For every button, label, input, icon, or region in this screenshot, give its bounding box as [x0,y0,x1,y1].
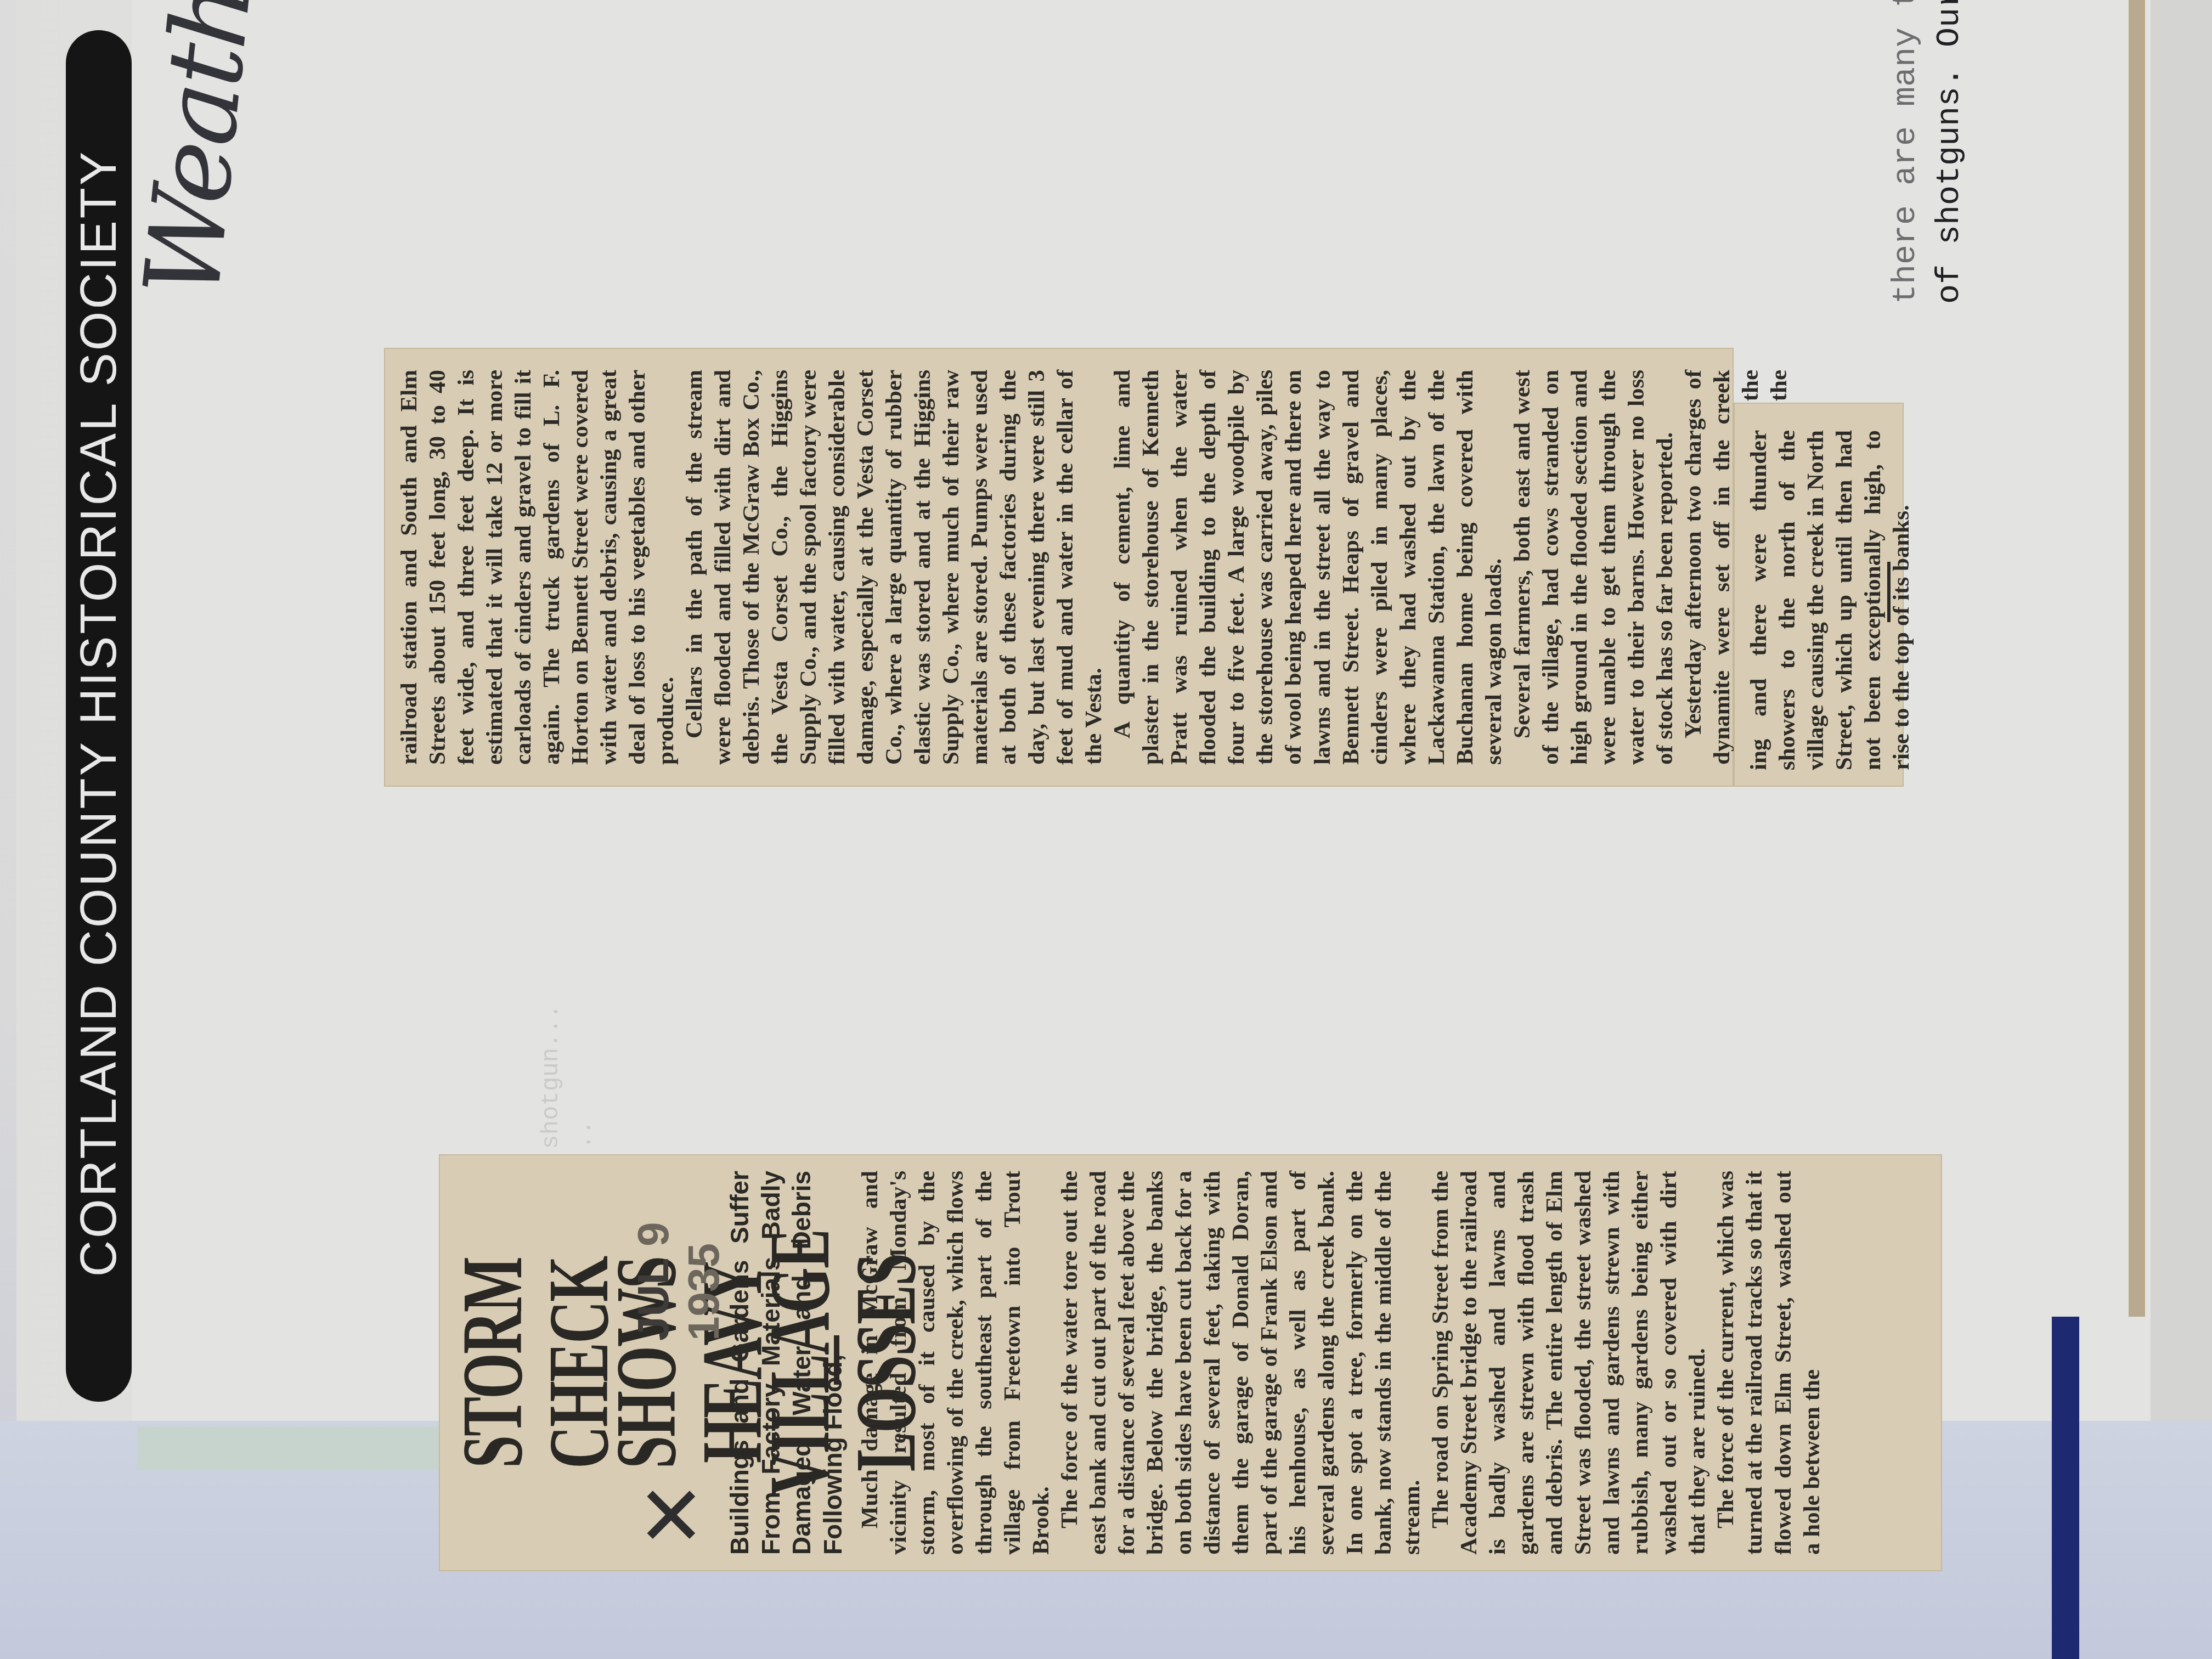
paragraph: Cellars in the path of the stream were f… [680,370,1108,765]
paragraph: The force of the water tore out the east… [1056,1171,1426,1555]
subheadline: Buildings and Gardens Suffer From Factor… [724,1171,848,1555]
clipping-column-a: STORM CHECK SHOWS HEAVY VILLAGE LOSSES ✕… [439,1154,1942,1571]
paragraph: railroad station and South and Elm Stree… [395,370,680,765]
paragraph: The road on Spring Street from the Acade… [1426,1171,1712,1555]
article-column-a: Much damage in McGraw and vicinity resul… [856,1171,1826,1555]
x-mark-icon: ✕ [625,1480,721,1549]
paragraph: Several farmers, both east and west of t… [1508,370,1679,765]
divider-rule [834,1335,839,1385]
paragraph: The force of the current, which was turn… [1712,1171,1826,1555]
handwritten-label: Weather [121,0,286,303]
typed-line: of shotguns. Our department has two stan… [1931,0,1968,304]
rotated-document: theory that stir firing the shotgun... o… [0,0,2212,1659]
end-rule [1887,562,1891,622]
paragraph: Much damage in McGraw and vicinity resul… [856,1171,1056,1555]
clipping-column-b: railroad station and South and Elm Stree… [384,348,1734,787]
paragraph: A quantity of cement, lime and plaster i… [1108,370,1508,765]
typed-line-partial: there are many types, models, makes and … [1887,0,1925,304]
date-stamp: JUL 9 1935 [628,1154,729,1341]
clipping-column-c: ing and there were thunder showers to th… [1734,403,1904,787]
article-column-b: railroad station and South and Elm Stree… [395,370,1850,765]
headline-line-1: STORM CHECK [450,1171,622,1555]
